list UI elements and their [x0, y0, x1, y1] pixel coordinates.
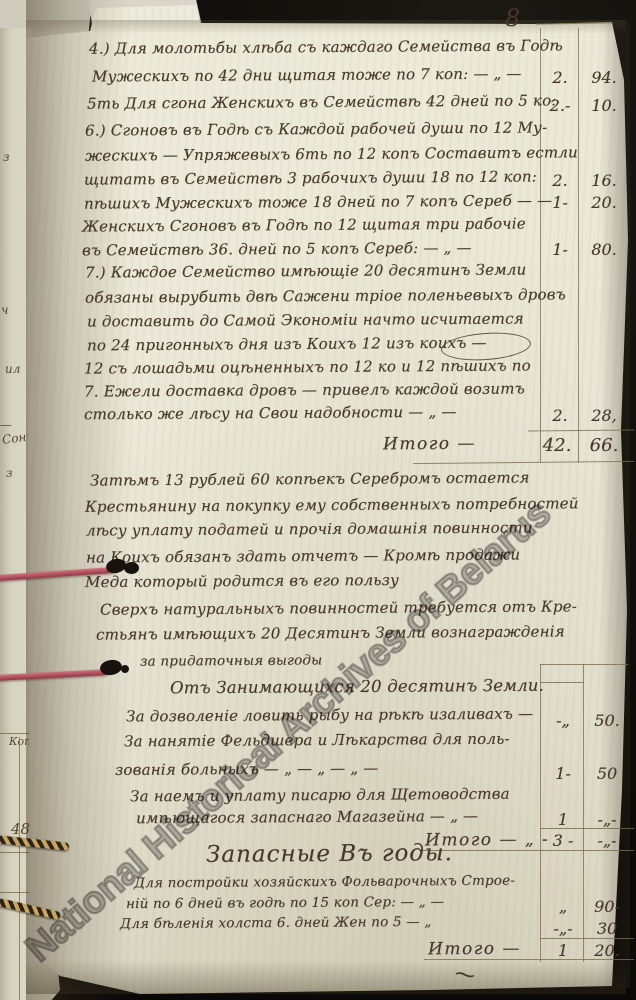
manuscript-line: 7. Ежели доставка дровъ — привелъ каждой…	[84, 379, 525, 401]
margin-fragment: з	[3, 150, 10, 164]
total-kopecks: -„-	[585, 831, 629, 850]
total-rubles: 3 -	[544, 831, 582, 850]
manuscript-line: Меда который родится въ его пользу	[85, 571, 399, 592]
total-rubles: 1	[544, 941, 582, 960]
manuscript-line: Для постройки хозяйскихъ Фольварочныхъ С…	[134, 873, 515, 893]
total-label: Итого —	[383, 434, 476, 456]
manuscript-line: за придаточныя выгоды	[140, 652, 322, 670]
previous-page-rule-vertical	[19, 737, 20, 1000]
ruble-amount: 1	[544, 810, 582, 829]
margin-fragment: ил	[5, 362, 20, 376]
ruble-amount: 2.	[542, 406, 578, 425]
manuscript-line: За нанятіе Фельдшера и Лѣкарства для пол…	[124, 730, 510, 751]
manuscript-line: За наемъ и уплату писарю для Щетоводства	[130, 785, 510, 806]
manuscript-line: ній по 6 дней въ годѣ по 15 коп Сер: — „…	[126, 894, 444, 913]
manuscript-line: жескихъ — Упряжевыхъ 6ть по 12 копъ Сост…	[85, 143, 578, 165]
kopeck-amount: 50	[585, 764, 629, 783]
manuscript-line: Женскихъ Сгоновъ въ Годѣ по 12 щитая три…	[82, 214, 526, 236]
kopeck-amount: 28,	[581, 406, 627, 425]
ruble-amount: 1-	[542, 240, 578, 259]
manuscript-line: Крестьянину на покупку ему собственныхъ …	[85, 494, 579, 516]
ruble-amount: -„-	[544, 919, 582, 938]
manuscript-line: За дозволеніе ловить рыбу на рѣкѣ изалив…	[126, 705, 533, 727]
section-header: Отъ Занимающихся 20 десятинъ Земли.	[170, 676, 544, 699]
kopeck-amount: 80.	[581, 240, 627, 259]
kopeck-amount: 10.	[581, 96, 627, 115]
manuscript-line: стьянъ имѣющихъ 20 Десятинъ Земли вознаг…	[96, 622, 565, 644]
table-rule-horizontal	[540, 938, 634, 939]
manuscript-line: пѣшихъ Мужескихъ тоже 18 дней по 7 копъ …	[84, 191, 552, 213]
ruble-amount: 2.	[542, 68, 578, 87]
manuscript-line: и доставить до Самой Экономіи начто исчи…	[87, 309, 524, 331]
manuscript-line: 7.) Каждое Семейство имѣющіе 20 десятинъ…	[85, 260, 526, 282]
manuscript-line: Для бѣленія холста 6. дней Жен по 5 — „	[120, 914, 432, 933]
manuscript-line: по 24 пригонныхъ дня изъ Коихъ 12 изъ ко…	[87, 334, 487, 356]
manuscript-line: въ Семействѣ 36. дней по 5 копъ Сереб: —…	[82, 239, 472, 260]
manuscript-line: лѣсу уплату податей и прочія домашнія по…	[86, 518, 533, 540]
manuscript-line: обязаны вырубить двѣ Сажени тріое полень…	[85, 285, 566, 307]
manuscript-line: 5ть Для сгона Женскихъ въ Семействѣ 42 д…	[87, 91, 557, 113]
ruble-amount: 2.	[542, 171, 578, 190]
table-rule-horizontal	[540, 664, 628, 665]
manuscript-line: 6.) Сгоновъ въ Годѣ съ Каждой рабочей ду…	[85, 118, 547, 140]
table-rule-vertical	[540, 664, 541, 962]
manuscript-line: на Коихъ обязанъ здать отчетъ — Кромѣ пр…	[86, 545, 520, 567]
margin-fragment: ч	[1, 303, 8, 317]
manuscript-line: Затѣмъ 13 рублей 60 копѣекъ Серебромъ ос…	[90, 468, 530, 490]
kopeck-amount: 50.	[585, 711, 629, 730]
photographed-book: з ч ил — Сонь з Коп 48 20. 8 4.) Для мол…	[0, 0, 636, 1000]
ruble-amount: 1-	[544, 764, 582, 783]
total-kopecks: 20.	[585, 941, 629, 960]
manuscript-line: Сверхъ натуральныхъ повинностей требуетс…	[100, 597, 577, 619]
ruble-amount: 1-	[542, 193, 578, 212]
manuscript-line: столько же лѣсу на Свои надобности — „ —	[84, 403, 457, 424]
total-label: Итого —	[428, 939, 521, 961]
kopeck-amount: 30	[585, 919, 629, 938]
page-bottom-edge-shadow	[26, 960, 626, 994]
manuscript-line: 4.) Для молотьбы хлѣба съ каждаго Семейс…	[89, 36, 563, 58]
margin-fragment: з	[6, 466, 13, 480]
kopeck-amount: 20.	[581, 193, 627, 212]
page-top-edge-shadow	[26, 20, 626, 34]
ruble-amount: -„	[544, 711, 582, 730]
thread-knot	[121, 665, 129, 673]
total-rubles: 42.	[536, 435, 578, 456]
table-rule-horizontal	[540, 682, 583, 683]
total-kopecks: 66.	[581, 435, 627, 456]
margin-fragment: —	[0, 418, 12, 432]
manuscript-line: щитать въ Семействѣ 3 рабочихъ души 18 п…	[84, 167, 537, 189]
ruble-amount: „	[544, 897, 582, 916]
kopeck-amount: 94.	[581, 68, 627, 87]
manuscript-line: Мужескихъ по 42 дни щитая тоже по 7 коп:…	[92, 65, 522, 87]
kopeck-amount: 16.	[581, 171, 627, 190]
kopeck-amount: -„-	[585, 810, 629, 829]
table-rule-vertical	[583, 664, 584, 962]
section-header: Запасные Въ годы.	[206, 839, 453, 869]
kopeck-amount: 90-	[585, 897, 629, 916]
manuscript-line: имѣющагося запаснаго Магазейна — „ —	[136, 807, 478, 828]
manuscript-line: зованія больныхъ — „ — „ — „ —	[115, 759, 379, 780]
ruble-amount: 2.-	[542, 96, 578, 115]
page-number: 8	[505, 3, 521, 33]
table-rule-vertical	[578, 28, 579, 463]
thread-knot	[124, 562, 139, 574]
